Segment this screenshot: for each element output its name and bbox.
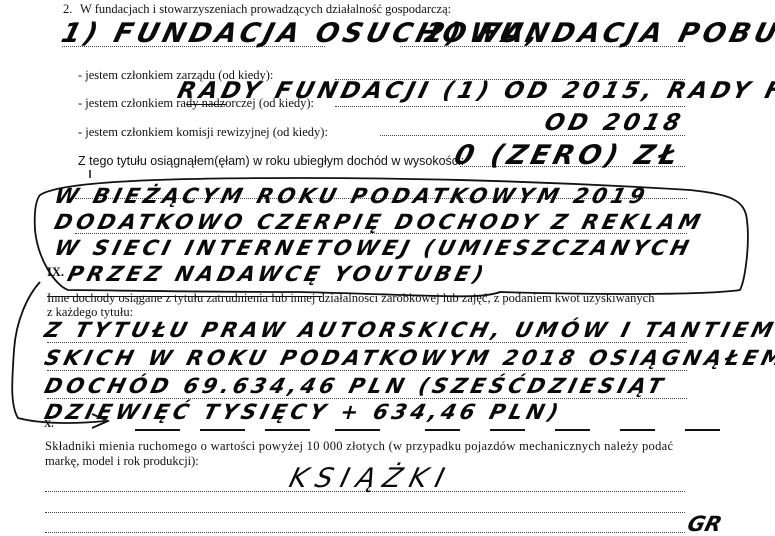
handwritten-income-line-1: Z TYTUŁU PRAW AUTORSKICH, UMÓW I TANTIEM… bbox=[42, 318, 775, 342]
initials-signature: GR bbox=[685, 512, 724, 536]
handwritten-income: 0 (ZERO) ZŁ bbox=[451, 140, 684, 171]
section-10-heading-continued: markę, model i rok produkcji): bbox=[45, 454, 199, 468]
handwritten-foundation-2: 2) FUNDACJA POBUDKA bbox=[421, 18, 775, 49]
strikethrough bbox=[47, 296, 322, 297]
answer-line bbox=[47, 342, 687, 343]
section-10-heading: Składniki mienia ruchomego o wartości po… bbox=[45, 439, 673, 453]
section-2-heading: W fundacjach i stowarzyszeniach prowadzą… bbox=[80, 2, 451, 16]
answer-line bbox=[45, 512, 685, 513]
handwritten-note-line-1: W BIEŻĄCYM ROKU PODATKOWYM 2019 bbox=[52, 184, 651, 208]
filler-dash bbox=[200, 429, 245, 431]
strikethrough bbox=[186, 104, 226, 105]
section-9-number: IX. bbox=[47, 265, 64, 279]
handwritten-supervisory-board-year: OD 2018 bbox=[542, 110, 687, 136]
answer-line bbox=[45, 532, 685, 533]
section-9-heading: Inne dochody osiągane z tytułu zatrudnie… bbox=[47, 291, 654, 305]
filler-dash bbox=[425, 429, 460, 431]
answer-line bbox=[47, 398, 687, 399]
handwritten-income-line-4: DZIEWIĘĆ TYSIĘCY + 634,46 PLN) bbox=[42, 400, 565, 424]
answer-line bbox=[335, 106, 685, 107]
handwritten-note-line-2: DODATKOWO CZERPIĘ DOCHODY Z REKLAM bbox=[52, 210, 707, 234]
handwritten-note-line-4: PRZEZ NADAWCĘ YOUTUBE) bbox=[65, 262, 490, 286]
filler-dash bbox=[335, 429, 380, 431]
audit-committee-label: - jestem członkiem komisji rewizyjnej (o… bbox=[78, 125, 328, 139]
handwritten-supervisory-board: RADY FUNDACJI (1) OD 2015, RADY FUNDATOR… bbox=[175, 78, 775, 104]
handwritten-movable-property: KSIĄŻKI bbox=[286, 463, 455, 494]
filler-dash bbox=[135, 429, 180, 431]
handwritten-income-line-3: DOCHÓD 69.634,46 PLN (SZEŚĆDZIESIĄT bbox=[42, 374, 669, 398]
income-label: Z tego tytułu osiągnąłem(ęłam) w roku ub… bbox=[78, 154, 464, 168]
section-2-number: 2. bbox=[63, 2, 72, 16]
filler-dash bbox=[555, 429, 590, 431]
filler-dash bbox=[490, 429, 525, 431]
handwritten-note-line-3: W SIECI INTERNETOWEJ (UMIESZCZANYCH bbox=[52, 236, 695, 260]
handwritten-income-line-2: SKICH W ROKU PODATKOWYM 2018 OSIĄGNĄŁEM bbox=[42, 346, 775, 370]
filler-dash bbox=[265, 429, 310, 431]
answer-line bbox=[47, 370, 687, 371]
filler-dash bbox=[620, 429, 655, 431]
filler-dash bbox=[685, 429, 720, 431]
section-9-heading-continued: z każdego tytułu: bbox=[47, 305, 133, 319]
section-10-number: X. bbox=[44, 418, 54, 432]
